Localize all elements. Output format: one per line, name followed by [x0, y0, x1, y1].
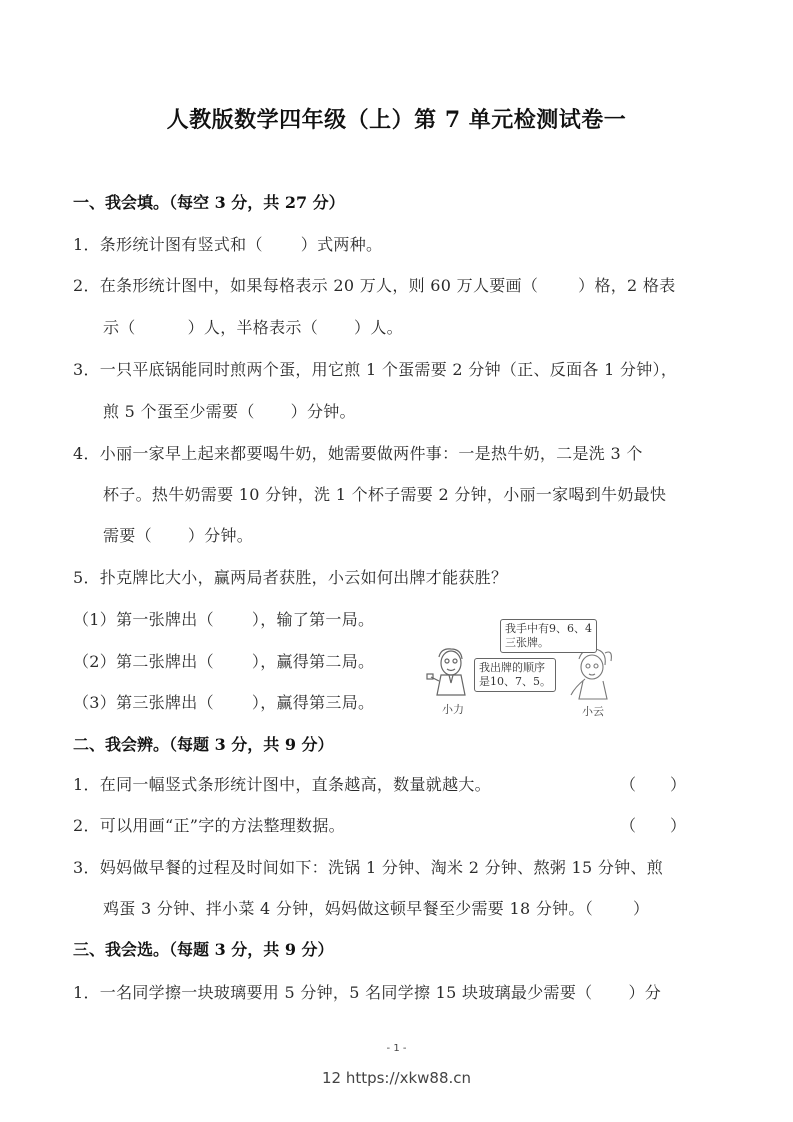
question-number: 1．: [73, 235, 100, 254]
judge-item-3-line2: 鸡蛋 3 分钟、拌小菜 4 分钟，妈妈做这顿早餐至少需要 18 分钟。（）: [103, 896, 649, 919]
question-1-4-line2: 杯子。热牛奶需要 10 分钟，洗 1 个杯子需要 2 分钟，小丽一家喝到牛奶最快: [103, 482, 666, 505]
sub-question-tail: ），赢得第二局。: [252, 652, 374, 671]
choice-item-1: 1．一名同学擦一块玻璃要用 5 分钟，5 名同学擦 15 块玻璃最少需要（）分: [73, 980, 661, 1003]
question-text: ）分: [628, 983, 661, 1002]
section-1-heading: 一、我会填。（每空 3 分，共 27 分）: [73, 190, 345, 213]
question-number: 4．: [73, 444, 100, 463]
question-1-3-line2: 煎 5 个蛋至少需要（）分钟。: [103, 399, 356, 422]
bubble-text: 是10、7、5。: [479, 675, 551, 689]
question-text: 示（: [103, 318, 136, 337]
question-text: 妈妈做早餐的过程及时间如下：洗锅 1 分钟、淘米 2 分钟、熬粥 15 分钟、煎: [100, 858, 663, 877]
question-text: ）分钟。: [291, 402, 356, 421]
bubble-text: 三张牌。: [505, 636, 592, 650]
page-number: - 1 -: [0, 1043, 793, 1054]
section-3-heading: 三、我会选。（每题 3 分，共 9 分）: [73, 937, 334, 960]
bracket-close: ）: [633, 899, 649, 918]
question-text: 扑克牌比大小，赢两局者获胜，小云如何出牌才能获胜？: [100, 568, 508, 587]
question-1-3-line1: 3．一只平底锅能同时煎两个蛋，用它煎 1 个蛋需要 2 分钟（正、反面各 1 分…: [73, 357, 677, 380]
question-text: 可以用画“正”字的方法整理数据。: [100, 816, 345, 835]
question-text: 需要（: [103, 526, 152, 545]
question-number: 1．: [73, 775, 100, 794]
question-1-2-line1: 2．在条形统计图中，如果每格表示 20 万人，则 60 万人要画（）格，2 格表: [73, 273, 676, 296]
question-number: 2．: [73, 276, 100, 295]
question-1-4-line3: 需要（）分钟。: [103, 523, 253, 546]
xiaoli-label: 小力: [442, 701, 464, 717]
bracket-open: （: [620, 775, 636, 794]
sub-question-tail: ），赢得第三局。: [252, 693, 374, 712]
xiaoli-speech-bubble: 我出牌的顺序 是10、7、5。: [474, 658, 556, 692]
card-game-illustration: 我手中有9、6、4 三张牌。 我出牌的顺序 是10、7、5。 小力 小云: [425, 615, 640, 720]
section-2-heading: 二、我会辨。（每题 3 分，共 9 分）: [73, 732, 334, 755]
sub-question-1: （1）第一张牌出（），输了第一局。: [73, 607, 374, 630]
question-number: 1．: [73, 983, 100, 1002]
xiaoyun-speech-bubble: 我手中有9、6、4 三张牌。: [500, 619, 597, 653]
question-text: ）人，半格表示（: [188, 318, 318, 337]
question-number: 3．: [73, 360, 100, 379]
bracket-open: （: [620, 816, 636, 835]
bubble-text: 我手中有9、6、4: [505, 622, 592, 636]
question-number: 3．: [73, 858, 100, 877]
sub-question-tail: ），输了第一局。: [252, 610, 374, 629]
question-text: 鸡蛋 3 分钟、拌小菜 4 分钟，妈妈做这顿早餐至少需要 18 分钟。（: [103, 899, 593, 918]
question-text: 条形统计图有竖式和（: [100, 235, 263, 254]
judge-item-3-line1: 3．妈妈做早餐的过程及时间如下：洗锅 1 分钟、淘米 2 分钟、熬粥 15 分钟…: [73, 855, 663, 878]
bubble-text: 我出牌的顺序: [479, 661, 551, 675]
question-number: 2．: [73, 816, 100, 835]
xiaoyun-label: 小云: [582, 703, 604, 719]
question-text: 小丽一家早上起来都要喝牛奶，她需要做两件事：一是热牛奶，二是洗 3 个: [100, 444, 643, 463]
question-text: 在条形统计图中，如果每格表示 20 万人，则 60 万人要画（: [100, 276, 538, 295]
sub-question-3: （3）第三张牌出（），赢得第三局。: [73, 690, 374, 713]
question-text: 一名同学擦一块玻璃要用 5 分钟，5 名同学擦 15 块玻璃最少需要（: [100, 983, 593, 1002]
bracket-close: ）: [670, 775, 686, 794]
question-number: 5．: [73, 568, 100, 587]
question-text: ）人。: [354, 318, 403, 337]
sub-question-label: （3）第三张牌出（: [73, 693, 214, 712]
sub-question-2: （2）第二张牌出（），赢得第二局。: [73, 649, 374, 672]
question-text: ）式两种。: [301, 235, 383, 254]
boy-xiaoli-icon: [425, 645, 475, 700]
question-text: ）格，2 格表: [578, 276, 675, 295]
judge-answer-bracket-1[interactable]: （）: [620, 772, 686, 795]
question-text: 一只平底锅能同时煎两个蛋，用它煎 1 个蛋需要 2 分钟（正、反面各 1 分钟）…: [100, 360, 677, 379]
sub-question-label: （1）第一张牌出（: [73, 610, 214, 629]
sub-question-label: （2）第二张牌出（: [73, 652, 214, 671]
question-1-4-line1: 4．小丽一家早上起来都要喝牛奶，她需要做两件事：一是热牛奶，二是洗 3 个: [73, 441, 643, 464]
question-1-1: 1．条形统计图有竖式和（）式两种。: [73, 232, 382, 255]
question-1-2-line2: 示（）人，半格表示（）人。: [103, 315, 403, 338]
judge-item-1: 1．在同一幅竖式条形统计图中，直条越高，数量就越大。: [73, 772, 491, 795]
question-text: 煎 5 个蛋至少需要（: [103, 402, 255, 421]
question-1-5: 5．扑克牌比大小，赢两局者获胜，小云如何出牌才能获胜？: [73, 565, 507, 588]
judge-answer-bracket-2[interactable]: （）: [620, 813, 686, 836]
judge-item-2: 2．可以用画“正”字的方法整理数据。: [73, 813, 345, 836]
question-text: 在同一幅竖式条形统计图中，直条越高，数量就越大。: [100, 775, 491, 794]
watermark-url: 12 https://xkw88.cn: [0, 1069, 793, 1087]
question-text: ）分钟。: [188, 526, 253, 545]
page-title: 人教版数学四年级（上）第 7 单元检测试卷一: [0, 103, 793, 134]
bracket-close: ）: [670, 816, 686, 835]
